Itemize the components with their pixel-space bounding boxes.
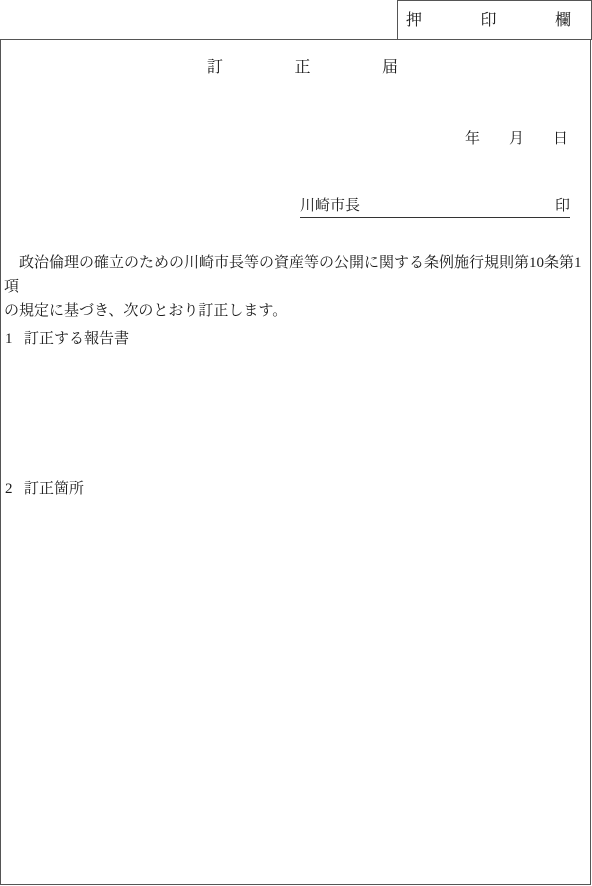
section-correction-report: 1 訂正する報告書 [5, 330, 129, 348]
section-2-number: 2 [5, 480, 13, 498]
seal-box-label: 押印欄 [406, 12, 571, 30]
addressee-label: 川崎市長 [300, 197, 360, 215]
addressee-line: 川崎市長 印 [300, 197, 570, 218]
section-1-label: 訂正する報告書 [24, 330, 129, 348]
date-line: 年月日 [465, 130, 568, 148]
seal-box: 押印欄 [397, 0, 592, 40]
section-1-number: 1 [5, 330, 13, 348]
section-2-label: 訂正箇所 [24, 480, 84, 498]
body-paragraph: 政治倫理の確立のための川崎市長等の資産等の公開に関する条例施行規則第10条第1項… [4, 251, 590, 323]
section-correction-points: 2 訂正箇所 [5, 480, 84, 498]
body-line-2: の規定に基づき、次のとおり訂正します。 [4, 299, 590, 323]
body-line-1: 政治倫理の確立のための川崎市長等の資産等の公開に関する条例施行規則第10条第1項 [4, 251, 590, 299]
seal-mark: 印 [555, 197, 570, 215]
document-border [0, 39, 591, 885]
form-title: 訂正届 [207, 58, 398, 77]
correction-notification-form: 押印欄 訂正届 年月日 川崎市長 印 政治倫理の確立のための川崎市長等の資産等の… [0, 0, 592, 886]
